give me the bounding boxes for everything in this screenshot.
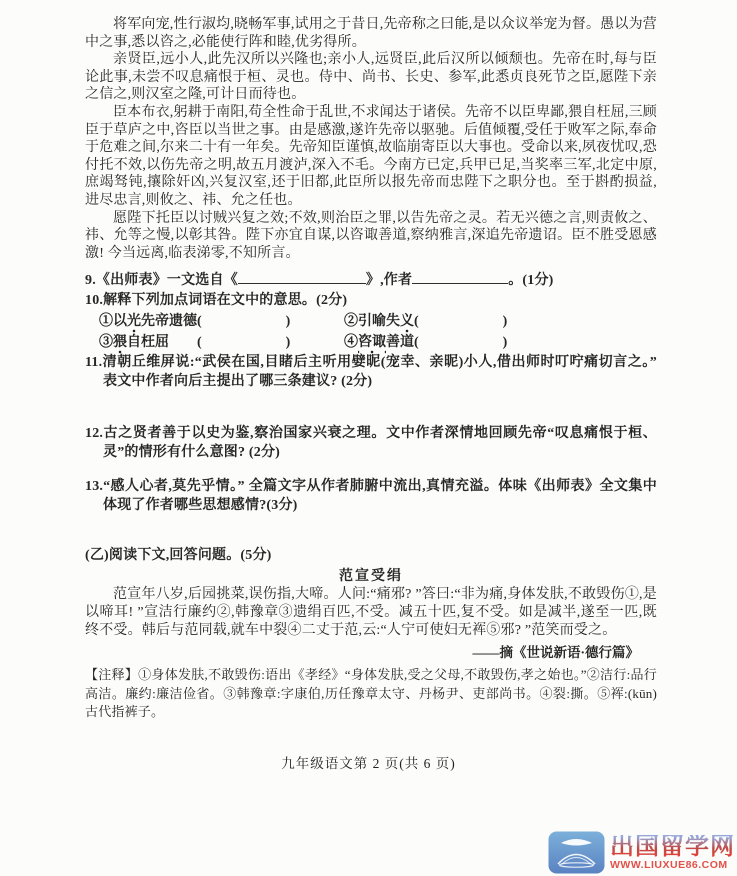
question-9-suffix: 。(1分) <box>508 273 553 288</box>
q10-item-3-dotted-word: 猥 <box>113 335 127 354</box>
q10-item-2-dotted-word: 义 <box>400 314 414 333</box>
question-11: 11.清朝丘维屏说:“武侯在国,目睹后主听用嬖昵(宠幸、亲昵)小人,借出师时叮咛… <box>85 353 657 391</box>
q10-item-3-pre: ③ <box>99 335 113 350</box>
q10-item-4-pre: ④ <box>344 335 358 350</box>
exam-page-scan: 将军向宠,性行淑均,晓畅军事,试用之于昔日,先帝称之曰能,是以众议举宠为督。愚以… <box>0 0 737 876</box>
q10-item-1: ①以光先帝遗德( ) <box>99 311 344 332</box>
paragraph: 愿陛下托臣以讨贼兴复之效;不效,则治臣之罪,以告先帝之灵。若无兴德之言,则责攸之… <box>85 210 657 263</box>
q10-item-1-dotted-word: 光 <box>127 314 141 333</box>
answer-blank-author <box>412 271 508 284</box>
paragraph: 亲贤臣,远小人,此先汉所以兴隆也;亲小人,远贤臣,此后汉所以倾颓也。先帝在时,每… <box>85 51 657 104</box>
question-9: 9.《出师表》一文选自《》,作者。(1分) <box>85 271 657 291</box>
answer-blank-source <box>238 271 366 284</box>
question-13: 13.“感人心者,莫先乎情。” 全篇文字从作者肺腑中流出,真情充溢。体味《出师表… <box>85 477 657 515</box>
q10-item-4-post: 善道( ) <box>386 335 507 350</box>
q10-item-4: ④咨诹善道( ) <box>344 332 657 353</box>
liuxue86-watermark: 出国留学网 WWW.LIUXUE86.COM <box>548 831 735 874</box>
q10-items-row-1: ①以光先帝遗德( ) ②引喻失义( ) <box>99 311 657 332</box>
watermark-site-url: WWW.LIUXUE86.COM <box>610 860 735 871</box>
paragraph: 将军向宠,性行淑均,晓畅军事,试用之于昔日,先帝称之曰能,是以众议举宠为督。愚以… <box>85 16 657 51</box>
q10-item-2: ②引喻失义( ) <box>344 311 657 332</box>
question-10-items: ①以光先帝遗德( ) ②引喻失义( ) ③猥自枉屈 ( ) ④咨诹善道( ) <box>85 311 657 353</box>
question-10-stem: 10.解释下列加点词语在文中的意思。(2分) <box>85 291 657 311</box>
passage-b-attribution: ——摘《世说新语·德行篇》 <box>85 643 657 662</box>
question-12: 12.古之贤者善于以史为鉴,察治国家兴衰之理。文中作者深情地回顾先帝“叹息痛恨于… <box>85 424 657 462</box>
paragraph: 范宣年八岁,后园挑菜,误伤指,大啼。人问:“痛邪? ”答曰:“非为痛,身体发肤,… <box>85 586 657 640</box>
q10-item-1-post: 先帝遗德( ) <box>141 314 290 329</box>
question-9-mid: 》,作者 <box>366 273 412 288</box>
question-9-prefix: 9.《出师表》一文选自《 <box>85 273 238 288</box>
q10-item-2-pre: ②引喻失 <box>344 314 400 329</box>
paragraph: 臣本布衣,躬耕于南阳,苟全性命于乱世,不求闻达于诸侯。先帝不以臣卑鄙,猥自枉屈,… <box>85 104 657 210</box>
q10-item-2-post: ( ) <box>414 314 507 329</box>
passage-fanxuan: 范宣年八岁,后园挑菜,误伤指,大啼。人问:“痛邪? ”答曰:“非为痛,身体发肤,… <box>85 586 657 640</box>
passage-b-title: 范宣受绢 <box>85 567 657 586</box>
liuxue86-bridge-icon <box>548 831 605 874</box>
page-content: 将军向宠,性行淑均,晓畅军事,试用之于昔日,先帝称之曰能,是以众议举宠为督。愚以… <box>85 16 657 721</box>
page-footer: 九年级语文第 2 页(共 6 页) <box>0 752 737 772</box>
watermark-text-block: 出国留学网 WWW.LIUXUE86.COM <box>610 835 735 871</box>
section-b-header: (乙)阅读下文,回答问题。(5分) <box>85 546 657 565</box>
passage-b-notes: 【注释】①身体发肤,不敢毁伤:语出《孝经》“身体发肤,受之父母,不敢毁伤,孝之始… <box>85 666 657 721</box>
watermark-site-name: 出国留学网 <box>610 835 735 859</box>
q10-item-1-pre: ①以 <box>99 314 127 329</box>
q10-items-row-2: ③猥自枉屈 ( ) ④咨诹善道( ) <box>99 332 657 353</box>
q10-item-4-dotted-word: 咨诹 <box>358 335 386 354</box>
q10-item-3: ③猥自枉屈 ( ) <box>99 332 344 353</box>
passage-chushibiao: 将军向宠,性行淑均,晓畅军事,试用之于昔日,先帝称之曰能,是以众议举宠为督。愚以… <box>85 16 657 262</box>
q10-item-3-post: 自枉屈 ( ) <box>127 335 290 350</box>
